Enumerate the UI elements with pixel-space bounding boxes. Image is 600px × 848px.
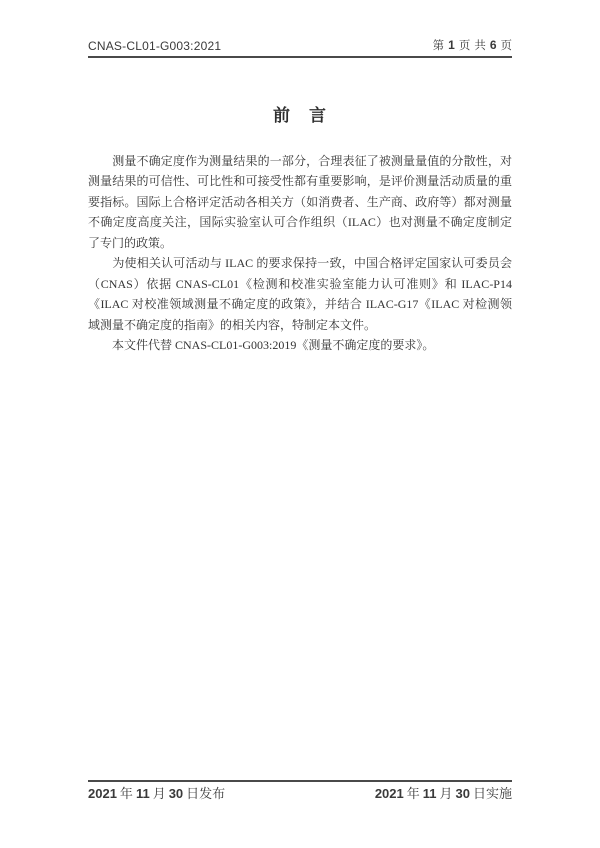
page-header: CNAS-CL01-G003:2021 第1页共6页 [88, 38, 512, 58]
body-line: 不确定度高度关注，国际实验室认可合作组织（ILAC）也对测量不确定度制定 [88, 212, 512, 232]
page-footer: 2021年11月30日发布 2021年11月30日实施 [88, 780, 512, 801]
text-segment: 日发布 [186, 786, 225, 801]
body-line: 本文件代替 CNAS-CL01-G003:2019《测量不确定度的要求》。 [88, 335, 512, 355]
issue-date: 2021年11月30日发布 [88, 786, 225, 801]
numeric-segment: 30 [169, 786, 183, 801]
implementation-date: 2021年11月30日实施 [375, 786, 512, 801]
numeric-segment: 1 [448, 38, 455, 52]
text-segment: 页 [501, 39, 513, 53]
numeric-segment: 6 [490, 38, 497, 52]
body-line: 测量不确定度作为测量结果的一部分，合理表征了被测量量值的分散性，对 [88, 151, 512, 171]
numeric-segment: 2021 [375, 786, 404, 801]
document-page: CNAS-CL01-G003:2021 第1页共6页 前 言 测量不确定度作为测… [0, 0, 600, 848]
text-segment: 共 [474, 39, 486, 53]
numeric-segment: 11 [136, 786, 150, 801]
text-segment: 第 [433, 39, 445, 53]
body-line: （CNAS）依据 CNAS-CL01《检测和校准实验室能力认可准则》和 ILAC… [88, 274, 512, 294]
body-line: 测量结果的可信性、可比性和可接受性都有重要影响，是评价测量活动质量的重 [88, 171, 512, 191]
page-title: 前 言 [88, 105, 512, 127]
body-line: 为使相关认可活动与 ILAC 的要求保持一致，中国合格评定国家认可委员会 [88, 253, 512, 273]
preface-body: 测量不确定度作为测量结果的一部分，合理表征了被测量量值的分散性，对测量结果的可信… [88, 151, 512, 356]
page-indicator: 第1页共6页 [433, 38, 512, 53]
numeric-segment: 11 [423, 786, 437, 801]
text-segment: 年 [407, 786, 420, 801]
text-segment: 日实施 [473, 786, 512, 801]
body-line: 《ILAC 对校准领域测量不确定度的政策》，并结合 ILAC-G17《ILAC … [88, 294, 512, 314]
body-line: 域测量不确定度的指南》的相关内容，特制定本文件。 [88, 315, 512, 335]
numeric-segment: 2021 [88, 786, 117, 801]
text-segment: 页 [459, 39, 471, 53]
text-segment: 月 [440, 786, 453, 801]
text-segment: 月 [153, 786, 166, 801]
text-segment: 年 [120, 786, 133, 801]
body-line: 了专门的政策。 [88, 233, 512, 253]
body-line: 要指标。国际上合格评定活动各相关方（如消费者、生产商、政府等）都对测量 [88, 192, 512, 212]
document-number: CNAS-CL01-G003:2021 [88, 39, 221, 53]
numeric-segment: 30 [456, 786, 470, 801]
